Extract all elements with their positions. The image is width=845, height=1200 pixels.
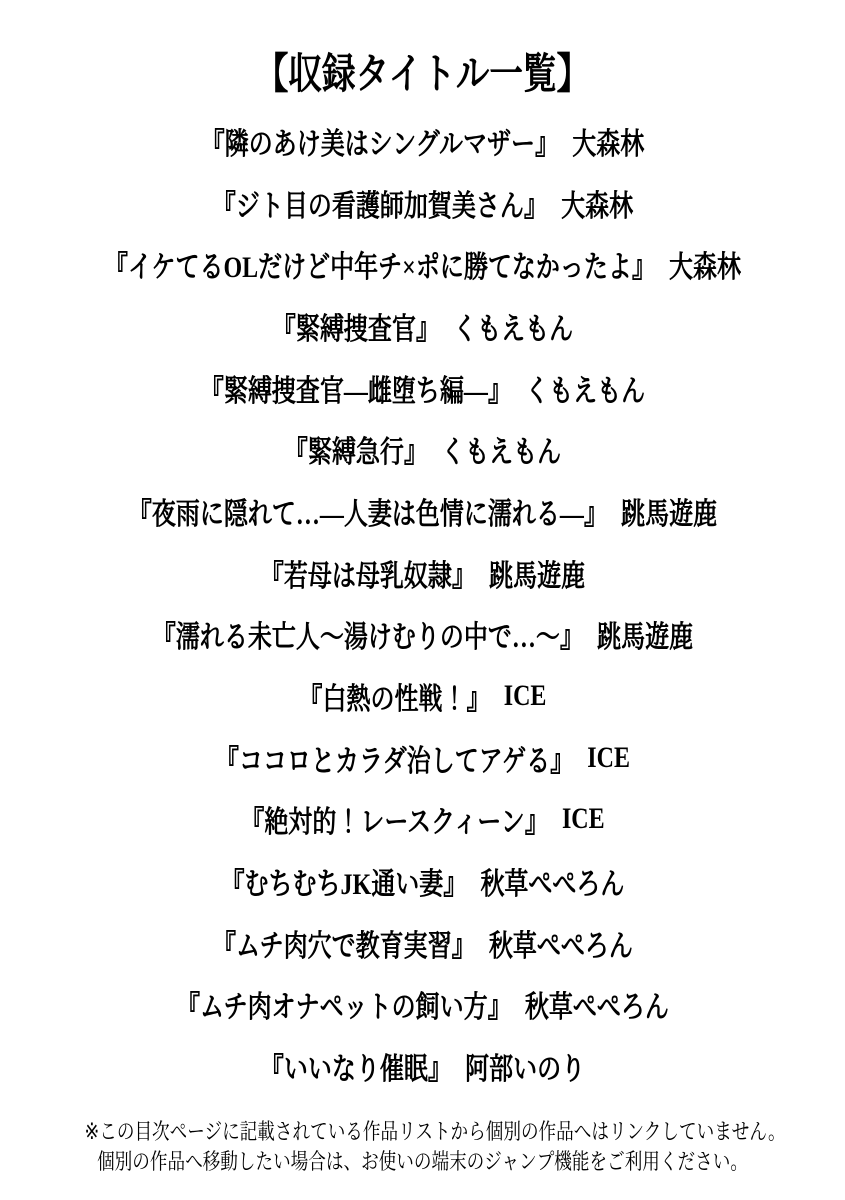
toc-item: 『緊縛捜査官―雌堕ち編―』 くもえもん <box>85 357 761 419</box>
work-title: 『白熱の性戦！』 <box>299 674 491 718</box>
toc-item: 『白熱の性戦！』 ICE <box>85 665 761 727</box>
toc-item: 『ココロとカラダ治してアゲる』 ICE <box>85 727 761 789</box>
toc-page: 【収録タイトル一覧】 『隣のあけ美はシングルマザー』 大森林 『ジト目の看護師加… <box>0 0 845 1200</box>
work-title: 『むちむちJK通い妻』 <box>221 859 468 903</box>
toc-item: 『夜雨に隠れて…―人妻は色情に濡れる―』 跳馬遊鹿 <box>85 480 761 542</box>
toc-item: 『絶対的！レースクィーン』 ICE <box>85 789 761 851</box>
toc-item: 『隣のあけ美はシングルマザー』 大森林 <box>85 110 761 172</box>
work-title: 『緊縛捜査官』 <box>272 304 440 348</box>
toc-item: 『ムチ肉オナペットの飼い方』 秋草ぺぺろん <box>85 974 761 1036</box>
work-author: 跳馬遊鹿 <box>597 612 693 656</box>
toc-item: 『むちむちJK通い妻』 秋草ぺぺろん <box>85 850 761 912</box>
work-title: 『いいなり催眠』 <box>260 1044 452 1088</box>
work-author: ICE <box>562 802 605 836</box>
toc-item: 『若母は母乳奴隷』 跳馬遊鹿 <box>85 542 761 604</box>
page-title: 【収録タイトル一覧】 <box>85 0 761 104</box>
work-author: 大森林 <box>669 242 741 286</box>
footer-line-1: ※この目次ページに記載されている作品リストから個別の作品へはリンクしていません。 <box>85 1117 761 1147</box>
work-author: 大森林 <box>561 181 633 225</box>
work-author: 跳馬遊鹿 <box>621 489 717 533</box>
work-author: くもえもん <box>525 366 645 410</box>
work-title: 『イケてるOLだけど中年チ×ポに勝てなかったよ』 <box>104 242 656 286</box>
work-title: 『ジト目の看護師加賀美さん』 <box>212 181 548 225</box>
work-author: 大森林 <box>572 119 644 163</box>
work-author: くもえもん <box>453 304 573 348</box>
work-author: 阿部いのり <box>465 1044 585 1088</box>
work-author: ICE <box>587 741 630 775</box>
toc-item: 『緊縛捜査官』 くもえもん <box>85 295 761 357</box>
work-author: 秋草ぺぺろん <box>525 982 669 1026</box>
work-author: 秋草ぺぺろん <box>489 921 633 965</box>
toc-item: 『いいなり催眠』 阿部いのり <box>85 1035 761 1097</box>
toc-item: 『緊縛急行』 くもえもん <box>85 418 761 480</box>
work-title: 『ムチ肉オナペットの飼い方』 <box>176 982 512 1026</box>
work-author: 跳馬遊鹿 <box>489 551 585 595</box>
toc-item: 『濡れる未亡人～湯けむりの中で…～』 跳馬遊鹿 <box>85 604 761 666</box>
work-title: 『絶対的！レースクィーン』 <box>240 797 548 841</box>
work-title: 『若母は母乳奴隷』 <box>260 551 476 595</box>
work-title: 『隣のあけ美はシングルマザー』 <box>201 119 559 163</box>
work-title: 『濡れる未亡人～湯けむりの中で…～』 <box>152 612 584 656</box>
work-title: 『ココロとカラダ治してアゲる』 <box>215 736 574 780</box>
toc-item: 『ムチ肉穴で教育実習』 秋草ぺぺろん <box>85 912 761 974</box>
work-author: 秋草ぺぺろん <box>480 859 624 903</box>
footer-note: ※この目次ページに記載されている作品リストから個別の作品へはリンクしていません。… <box>0 1117 845 1177</box>
work-title: 『夜雨に隠れて…―人妻は色情に濡れる―』 <box>128 489 608 533</box>
work-author: ICE <box>504 679 547 713</box>
work-title: 『緊縛急行』 <box>284 427 428 471</box>
toc-list: 『隣のあけ美はシングルマザー』 大森林 『ジト目の看護師加賀美さん』 大森林 『… <box>0 110 845 1097</box>
work-title: 『ムチ肉穴で教育実習』 <box>212 921 476 965</box>
work-author: くもえもん <box>441 427 561 471</box>
toc-item: 『イケてるOLだけど中年チ×ポに勝てなかったよ』 大森林 <box>85 233 761 295</box>
work-title: 『緊縛捜査官―雌堕ち編―』 <box>200 366 512 410</box>
toc-item: 『ジト目の看護師加賀美さん』 大森林 <box>85 172 761 234</box>
footer-line-2: 個別の作品へ移動したい場合は、お使いの端末のジャンプ機能をご利用ください。 <box>85 1147 761 1177</box>
